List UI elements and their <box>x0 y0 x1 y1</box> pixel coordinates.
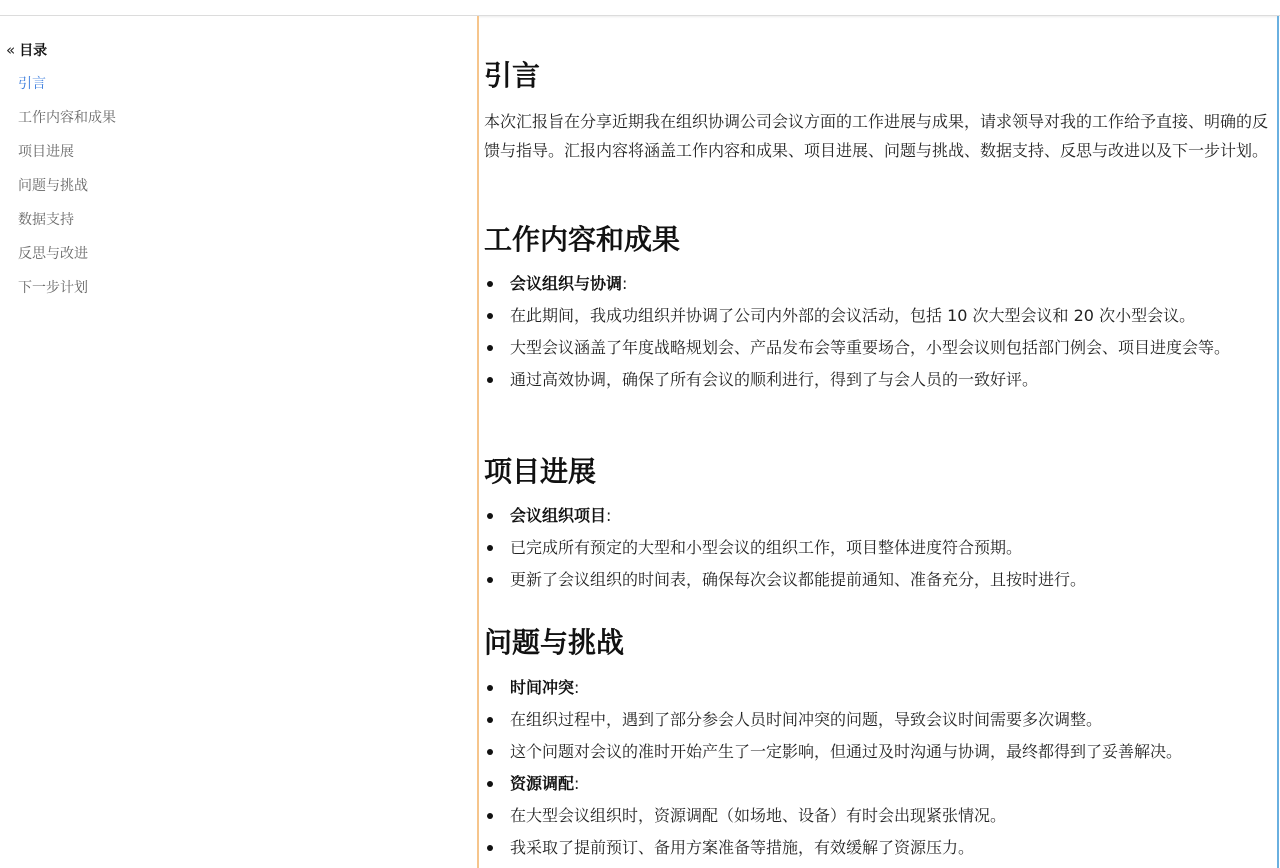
toc-item-intro[interactable]: 引言 <box>18 74 116 108</box>
list-item: 已完成所有预定的大型和小型会议的组织工作，项目整体进度符合预期。 <box>484 533 1274 562</box>
toc-title: 目录 <box>19 40 47 60</box>
list-item: 在组织过程中，遇到了部分参会人员时间冲突的问题，导致会议时间需要多次调整。 <box>484 705 1274 734</box>
list-item: 在大型会议组织时，资源调配（如场地、设备）有时会出现紧张情况。 <box>484 801 1274 830</box>
list-item: 在此期间，我成功组织并协调了公司内外部的会议活动，包括 10 次大型会议和 20… <box>484 301 1274 330</box>
table-of-contents: « 目录 引言 工作内容和成果 项目进展 问题与挑战 数据支持 反思与改进 下一… <box>0 16 477 868</box>
list-item: 通过高效协调，确保了所有会议的顺利进行，得到了与会人员的一致好评。 <box>484 365 1274 394</box>
toc-item-data[interactable]: 数据支持 <box>18 210 116 244</box>
toc-item-work[interactable]: 工作内容和成果 <box>18 108 116 142</box>
list-item: 会议组织项目: <box>484 501 1274 530</box>
toc-list: 引言 工作内容和成果 项目进展 问题与挑战 数据支持 反思与改进 下一步计划 <box>18 74 116 312</box>
scrollbar-edge[interactable] <box>1277 16 1279 868</box>
toc-item-progress[interactable]: 项目进展 <box>18 142 116 176</box>
work-list: 会议组织与协调: 在此期间，我成功组织并协调了公司内外部的会议活动，包括 10 … <box>484 269 1274 397</box>
heading-work: 工作内容和成果 <box>484 222 680 258</box>
issues-list: 时间冲突: 在组织过程中，遇到了部分参会人员时间冲突的问题，导致会议时间需要多次… <box>484 673 1274 865</box>
heading-issues: 问题与挑战 <box>484 625 624 661</box>
list-item: 资源调配: <box>484 769 1274 798</box>
list-item: 我采取了提前预订、备用方案准备等措施，有效缓解了资源压力。 <box>484 833 1274 862</box>
toc-item-next-steps[interactable]: 下一步计划 <box>18 278 116 312</box>
chevron-double-left-icon[interactable]: « <box>6 41 15 59</box>
list-item: 更新了会议组织的时间表，确保每次会议都能提前通知、准备充分，且按时进行。 <box>484 565 1274 594</box>
list-item: 时间冲突: <box>484 673 1274 702</box>
top-bar <box>0 0 1280 16</box>
list-item: 这个问题对会议的准时开始产生了一定影响，但通过及时沟通与协调，最终都得到了妥善解… <box>484 737 1274 766</box>
toc-collapse-toggle[interactable]: « 目录 <box>6 40 47 60</box>
progress-list: 会议组织项目: 已完成所有预定的大型和小型会议的组织工作，项目整体进度符合预期。… <box>484 501 1274 597</box>
list-item: 会议组织与协调: <box>484 269 1274 298</box>
toc-item-reflection[interactable]: 反思与改进 <box>18 244 116 278</box>
heading-intro: 引言 <box>484 58 540 94</box>
toc-item-issues[interactable]: 问题与挑战 <box>18 176 116 210</box>
list-item: 大型会议涵盖了年度战略规划会、产品发布会等重要场合，小型会议则包括部门例会、项目… <box>484 333 1274 362</box>
heading-progress: 项目进展 <box>484 454 596 490</box>
intro-paragraph: 本次汇报旨在分享近期我在组织协调公司会议方面的工作进展与成果，请求领导对我的工作… <box>484 107 1274 165</box>
pane-divider[interactable] <box>477 16 479 868</box>
